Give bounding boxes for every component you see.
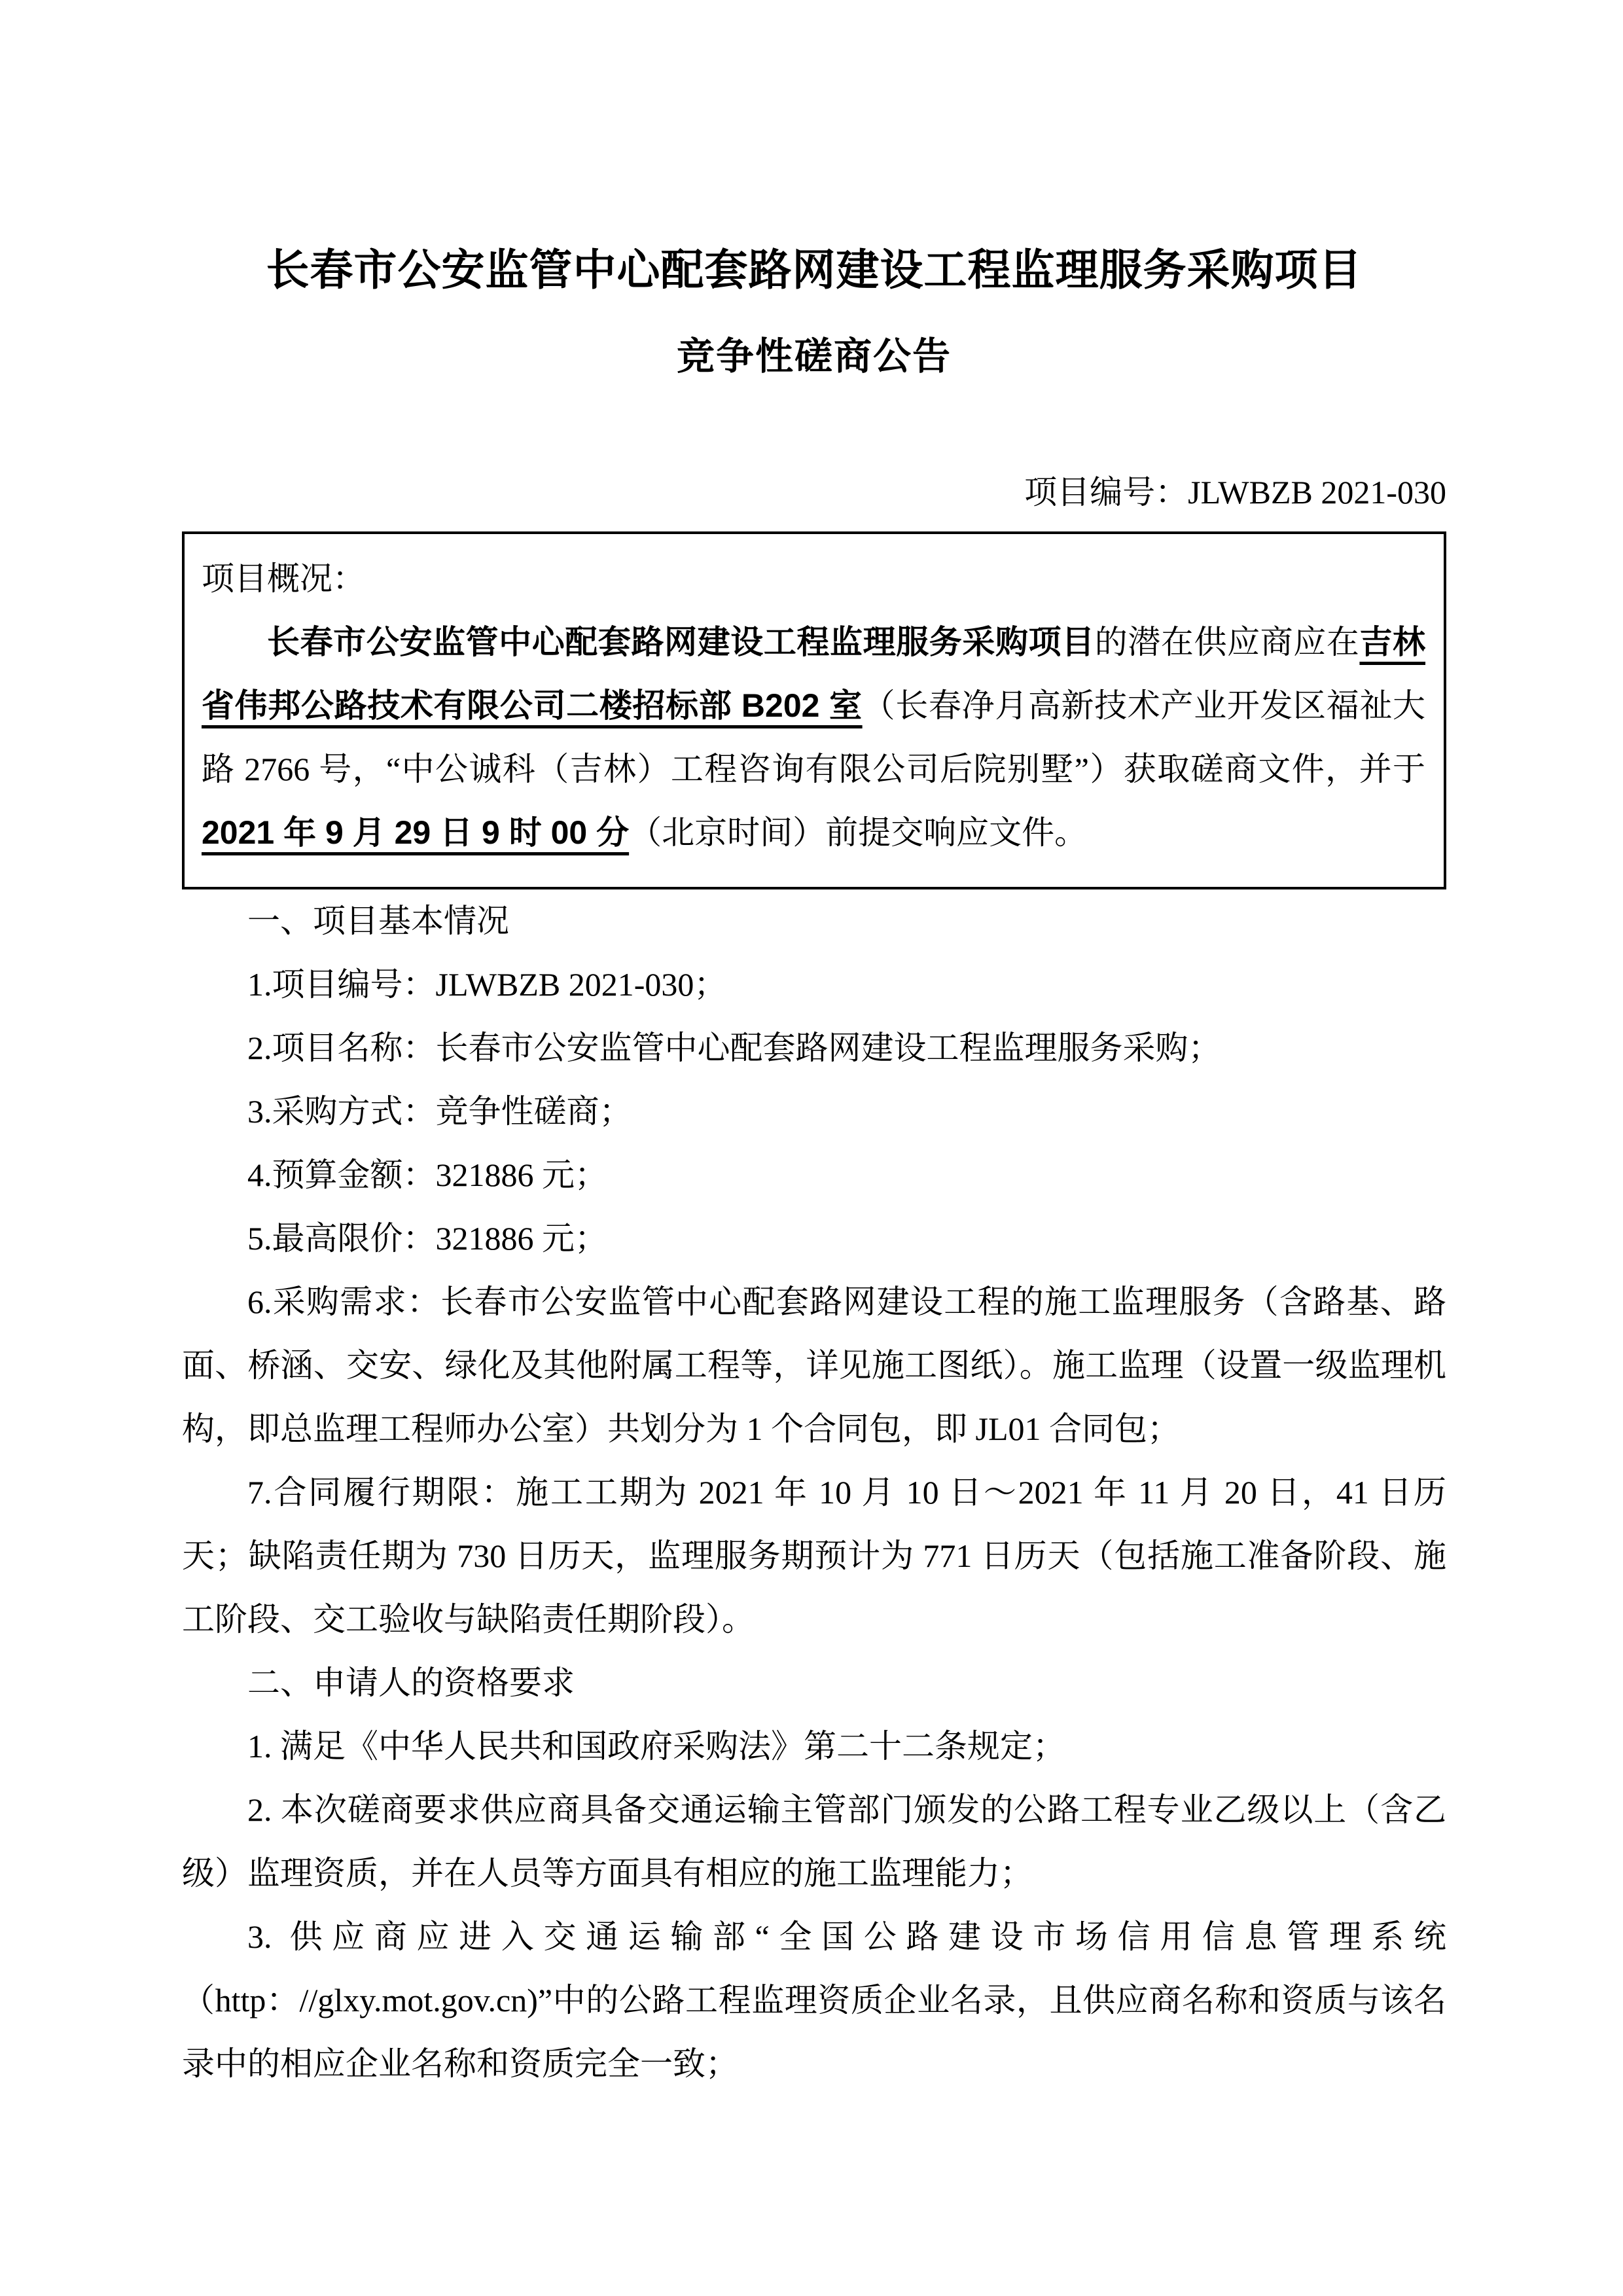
project-number-line: 项目编号：JLWBZB 2021-030 bbox=[182, 473, 1446, 512]
item-project-number: 1.项目编号：JLWBZB 2021-030； bbox=[182, 953, 1446, 1016]
overview-run-text-3: （北京时间）前提交响应文件。 bbox=[629, 814, 1087, 851]
section-qualification-requirements: 二、申请人的资格要求 1. 满足《中华人民共和国政府采购法》第二十二条规定； 2… bbox=[182, 1651, 1446, 2096]
item-qualification-2: 2. 本次磋商要求供应商具备交通运输主管部门颁发的公路工程专业乙级以上（含乙级）… bbox=[182, 1778, 1446, 1905]
item-procurement-requirements: 6.采购需求：长春市公安监管中心配套路网建设工程的施工监理服务（含路基、路面、桥… bbox=[182, 1270, 1446, 1461]
overview-run-project-name: 长春市公安监管中心配套路网建设工程监理服务采购项目 bbox=[267, 624, 1095, 660]
item-qualification-3: 3. 供应商应进入交通运输部“全国公路建设市场信用信息管理系统（http：//g… bbox=[182, 1905, 1446, 2096]
overview-paragraph: 长春市公安监管中心配套路网建设工程监理服务采购项目的潜在供应商应在吉林省伟邦公路… bbox=[202, 611, 1425, 865]
section-basic-info: 一、项目基本情况 1.项目编号：JLWBZB 2021-030； 2.项目名称：… bbox=[182, 889, 1446, 1651]
item-project-name: 2.项目名称：长春市公安监管中心配套路网建设工程监理服务采购； bbox=[182, 1016, 1446, 1080]
project-overview-box: 项目概况： 长春市公安监管中心配套路网建设工程监理服务采购项目的潜在供应商应在吉… bbox=[182, 531, 1446, 889]
section-basic-info-heading: 一、项目基本情况 bbox=[182, 889, 1446, 953]
document-subtitle: 竞争性磋商公告 bbox=[182, 332, 1446, 381]
item-contract-period: 7.合同履行期限：施工工期为 2021 年 10 月 10 日～2021 年 1… bbox=[182, 1461, 1446, 1651]
item-max-price: 5.最高限价：321886 元； bbox=[182, 1207, 1446, 1270]
item-procurement-method: 3.采购方式：竞争性磋商； bbox=[182, 1080, 1446, 1143]
overview-run-text-1: 的潜在供应商应在 bbox=[1095, 624, 1360, 660]
item-budget-amount: 4.预算金额：321886 元； bbox=[182, 1143, 1446, 1207]
item-qualification-1: 1. 满足《中华人民共和国政府采购法》第二十二条规定； bbox=[182, 1715, 1446, 1778]
section-qualification-heading: 二、申请人的资格要求 bbox=[182, 1651, 1446, 1715]
document-page: 长春市公安监管中心配套路网建设工程监理服务采购项目 竞争性磋商公告 项目编号：J… bbox=[0, 0, 1623, 2296]
overview-heading: 项目概况： bbox=[202, 547, 1425, 611]
document-content: 长春市公安监管中心配套路网建设工程监理服务采购项目 竞争性磋商公告 项目编号：J… bbox=[182, 241, 1446, 2096]
document-title: 长春市公安监管中心配套路网建设工程监理服务采购项目 bbox=[182, 241, 1446, 299]
overview-run-deadline: 2021 年 9 月 29 日 9 时 00 分 bbox=[202, 814, 629, 851]
